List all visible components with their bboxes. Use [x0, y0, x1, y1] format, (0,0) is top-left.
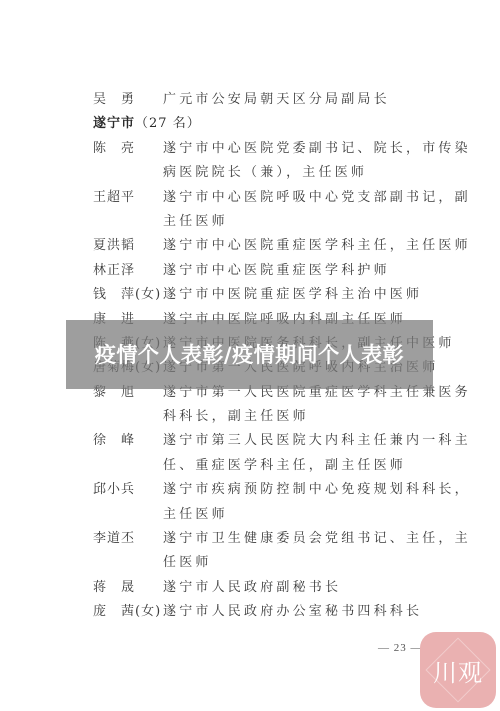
person-title: 主任医师	[163, 210, 228, 234]
list-item: 吴 勇广元市公安局朝天区分局副局长	[93, 88, 473, 112]
section-title: 遂宁市	[93, 116, 135, 131]
list-item: 林正泽遂宁市中心医院重症医学科护师	[93, 259, 473, 283]
person-title: 遂宁市中心医院重症医学科主任，主任医师	[163, 234, 471, 258]
page-number: — 23 —	[378, 642, 423, 654]
person-name: 蒋 晟	[93, 576, 163, 600]
list-item-continuation: 主任医师	[93, 210, 473, 234]
list-item: 夏洪韬遂宁市中心医院重症医学科主任，主任医师	[93, 234, 473, 258]
person-title: 遂宁市疾病预防控制中心免疫规划科科长，	[163, 478, 471, 502]
list-item-continuation: 任、重症医学科主任，副主任医师	[93, 454, 473, 478]
person-title: 遂宁市中医院重症医学科主治中医师	[163, 283, 422, 307]
section-heading: 遂宁市（27 名）	[93, 112, 473, 136]
list-item: 王超平遂宁市中心医院呼吸中心党支部副书记，副	[93, 186, 473, 210]
list-item-continuation: 病医院院长（兼），主任医师	[93, 161, 473, 185]
person-title: 广元市公安局朝天区分局副局长	[163, 88, 390, 112]
person-name: 邱小兵	[93, 478, 163, 502]
person-name: 林正泽	[93, 259, 163, 283]
person-title: 任、重症医学科主任，副主任医师	[163, 454, 406, 478]
title-overlay-band[interactable]: 疫情个人表彰/疫情期间个人表彰	[66, 320, 433, 389]
person-title: 遂宁市第三人民医院大内科主任兼内一科主	[163, 429, 471, 453]
person-title: 病医院院长（兼），主任医师	[163, 161, 367, 185]
person-name: 李道丕	[93, 527, 163, 551]
list-item: 徐 峰遂宁市第三人民医院大内科主任兼内一科主	[93, 429, 473, 453]
person-title: 遂宁市中心医院重症医学科护师	[163, 259, 390, 283]
list-item: 邱小兵遂宁市疾病预防控制中心免疫规划科科长，	[93, 478, 473, 502]
document-page: 吴 勇广元市公安局朝天区分局副局长遂宁市（27 名）陈 亮遂宁市中心医院党委副书…	[0, 0, 500, 711]
section-count: （27 名）	[135, 116, 201, 131]
article-title: 疫情个人表彰/疫情期间个人表彰	[77, 342, 422, 368]
person-name: 夏洪韬	[93, 234, 163, 258]
list-item-continuation: 任医师	[93, 551, 473, 575]
person-title: 任医师	[163, 551, 212, 575]
list-item: 陈 亮遂宁市中心医院党委副书记、院长，市传染	[93, 137, 473, 161]
person-name: 陈 亮	[93, 137, 163, 161]
person-name: 吴 勇	[93, 88, 163, 112]
person-name: 钱 萍(女)	[93, 283, 163, 307]
person-title: 遂宁市中心医院呼吸中心党支部副书记，副	[163, 186, 471, 210]
person-title: 遂宁市人民政府办公室秘书四科科长	[163, 600, 422, 624]
person-title: 遂宁市中心医院党委副书记、院长，市传染	[163, 137, 471, 161]
person-title: 遂宁市人民政府副秘书长	[163, 576, 341, 600]
list-item: 庞 茜(女)遂宁市人民政府办公室秘书四科科长	[93, 600, 473, 624]
person-title: 科科长，副主任医师	[163, 405, 309, 429]
watermark-text: 川观	[433, 653, 483, 688]
list-item: 李道丕遂宁市卫生健康委员会党组书记、主任，主	[93, 527, 473, 551]
list-item: 蒋 晟遂宁市人民政府副秘书长	[93, 576, 473, 600]
person-name: 庞 茜(女)	[93, 600, 163, 624]
chuanguan-logo-watermark: 川观	[420, 632, 496, 708]
person-title: 主任医师	[163, 503, 228, 527]
list-item: 钱 萍(女)遂宁市中医院重症医学科主治中医师	[93, 283, 473, 307]
person-name: 王超平	[93, 186, 163, 210]
person-name: 徐 峰	[93, 429, 163, 453]
person-title: 遂宁市卫生健康委员会党组书记、主任，主	[163, 527, 471, 551]
list-item-continuation: 主任医师	[93, 503, 473, 527]
list-item-continuation: 科科长，副主任医师	[93, 405, 473, 429]
